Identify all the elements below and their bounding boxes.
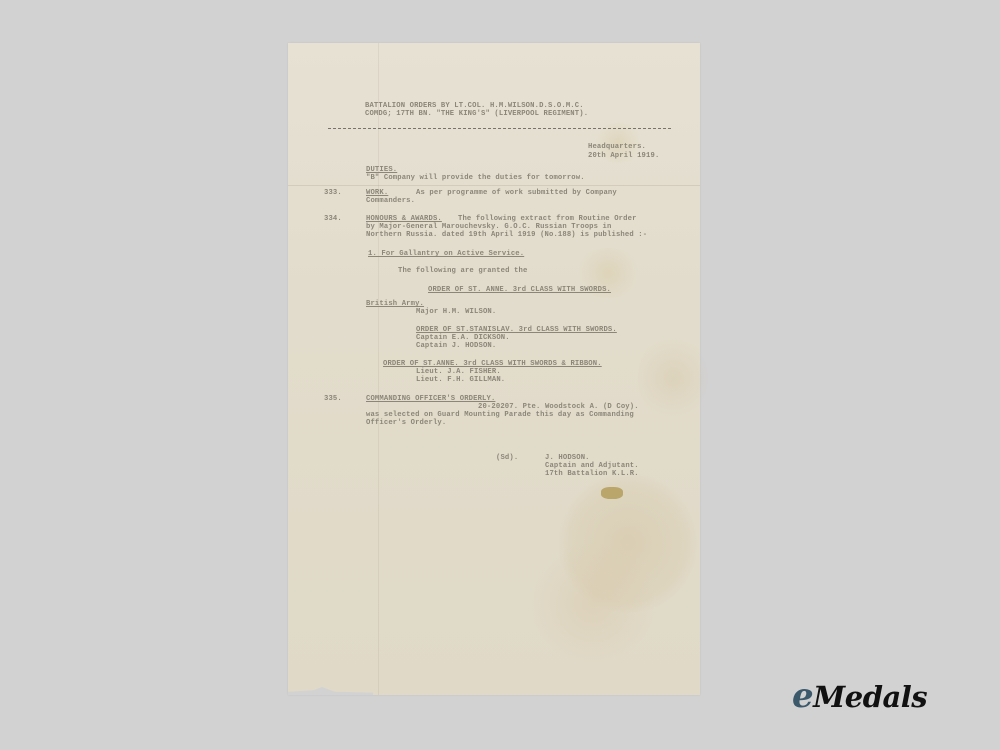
section-number: 333.: [324, 189, 342, 197]
signature-sd: (Sd).: [496, 454, 518, 462]
awards-subheading: 1. For Gallantry on Active Service.: [368, 250, 524, 258]
section-text: As per programme of work submitted by Co…: [416, 189, 617, 197]
water-stain: [638, 333, 708, 423]
document-sheet: BATTALION ORDERS BY LT.COL. H.M.WILSON.D…: [288, 43, 700, 695]
heading-line-2: COMDG; 17TH BN. "THE KING'S" (LIVERPOOL …: [365, 110, 588, 118]
water-stain: [558, 473, 698, 613]
water-stain: [528, 543, 658, 663]
logo-name: Medals: [813, 680, 927, 714]
divider: [328, 128, 671, 129]
section-text: 20-20207. Pte. Woodstock A. (D Coy).: [478, 403, 639, 411]
logo-prefix: e: [792, 676, 813, 716]
order-2: ORDER OF ST.STANISLAV. 3rd CLASS WITH SW…: [416, 326, 617, 334]
emedals-watermark-logo: eMedals: [792, 676, 927, 716]
section-number: 335.: [324, 395, 342, 403]
section-number: 334.: [324, 215, 342, 223]
section-text: Northern Russia. dated 19th April 1919 (…: [366, 231, 647, 239]
section-title-work: WORK.: [366, 189, 388, 197]
section-text: Officer's Orderly.: [366, 419, 446, 427]
recipient: Captain J. HODSON.: [416, 342, 496, 350]
order-3: ORDER OF ST.ANNE. 3rd CLASS WITH SWORDS …: [383, 360, 602, 368]
signature-rank: Captain and Adjutant.: [545, 462, 639, 470]
section-text: The following extract from Routine Order: [458, 215, 637, 223]
recipient: Major H.M. WILSON.: [416, 308, 496, 316]
section-text: by Major-General Marouchevsky. G.O.C. Ru…: [366, 223, 611, 231]
signature-name: J. HODSON.: [545, 454, 590, 462]
awards-intro: The following are granted the: [398, 267, 527, 275]
section-title-honours: HONOURS & AWARDS.: [366, 215, 442, 223]
signature-unit: 17th Battalion K.L.R.: [545, 470, 639, 478]
place: Headquarters.: [588, 143, 646, 151]
section-title-orderly: COMMANDING OFFICER'S ORDERLY.: [366, 395, 495, 403]
order-1: ORDER OF ST. ANNE. 3rd CLASS WITH SWORDS…: [428, 286, 611, 294]
ink-spot: [601, 487, 623, 499]
recipient: Lieut. F.H. GILLMAN.: [416, 376, 505, 384]
section-title-duties: DUTIES.: [366, 166, 397, 174]
recipient: Lieut. J.A. FISHER.: [416, 368, 501, 376]
section-text: Commanders.: [366, 197, 415, 205]
section-text: "B" Company will provide the duties for …: [366, 174, 585, 182]
date: 20th April 1919.: [588, 152, 659, 160]
heading-line-1: BATTALION ORDERS BY LT.COL. H.M.WILSON.D…: [365, 102, 584, 110]
fold-line: [288, 185, 700, 186]
army-heading: British Army.: [366, 300, 424, 308]
torn-edge: [288, 687, 373, 695]
recipient: Captain E.A. DICKSON.: [416, 334, 510, 342]
fold-line: [378, 43, 379, 695]
section-text: was selected on Guard Mounting Parade th…: [366, 411, 634, 419]
